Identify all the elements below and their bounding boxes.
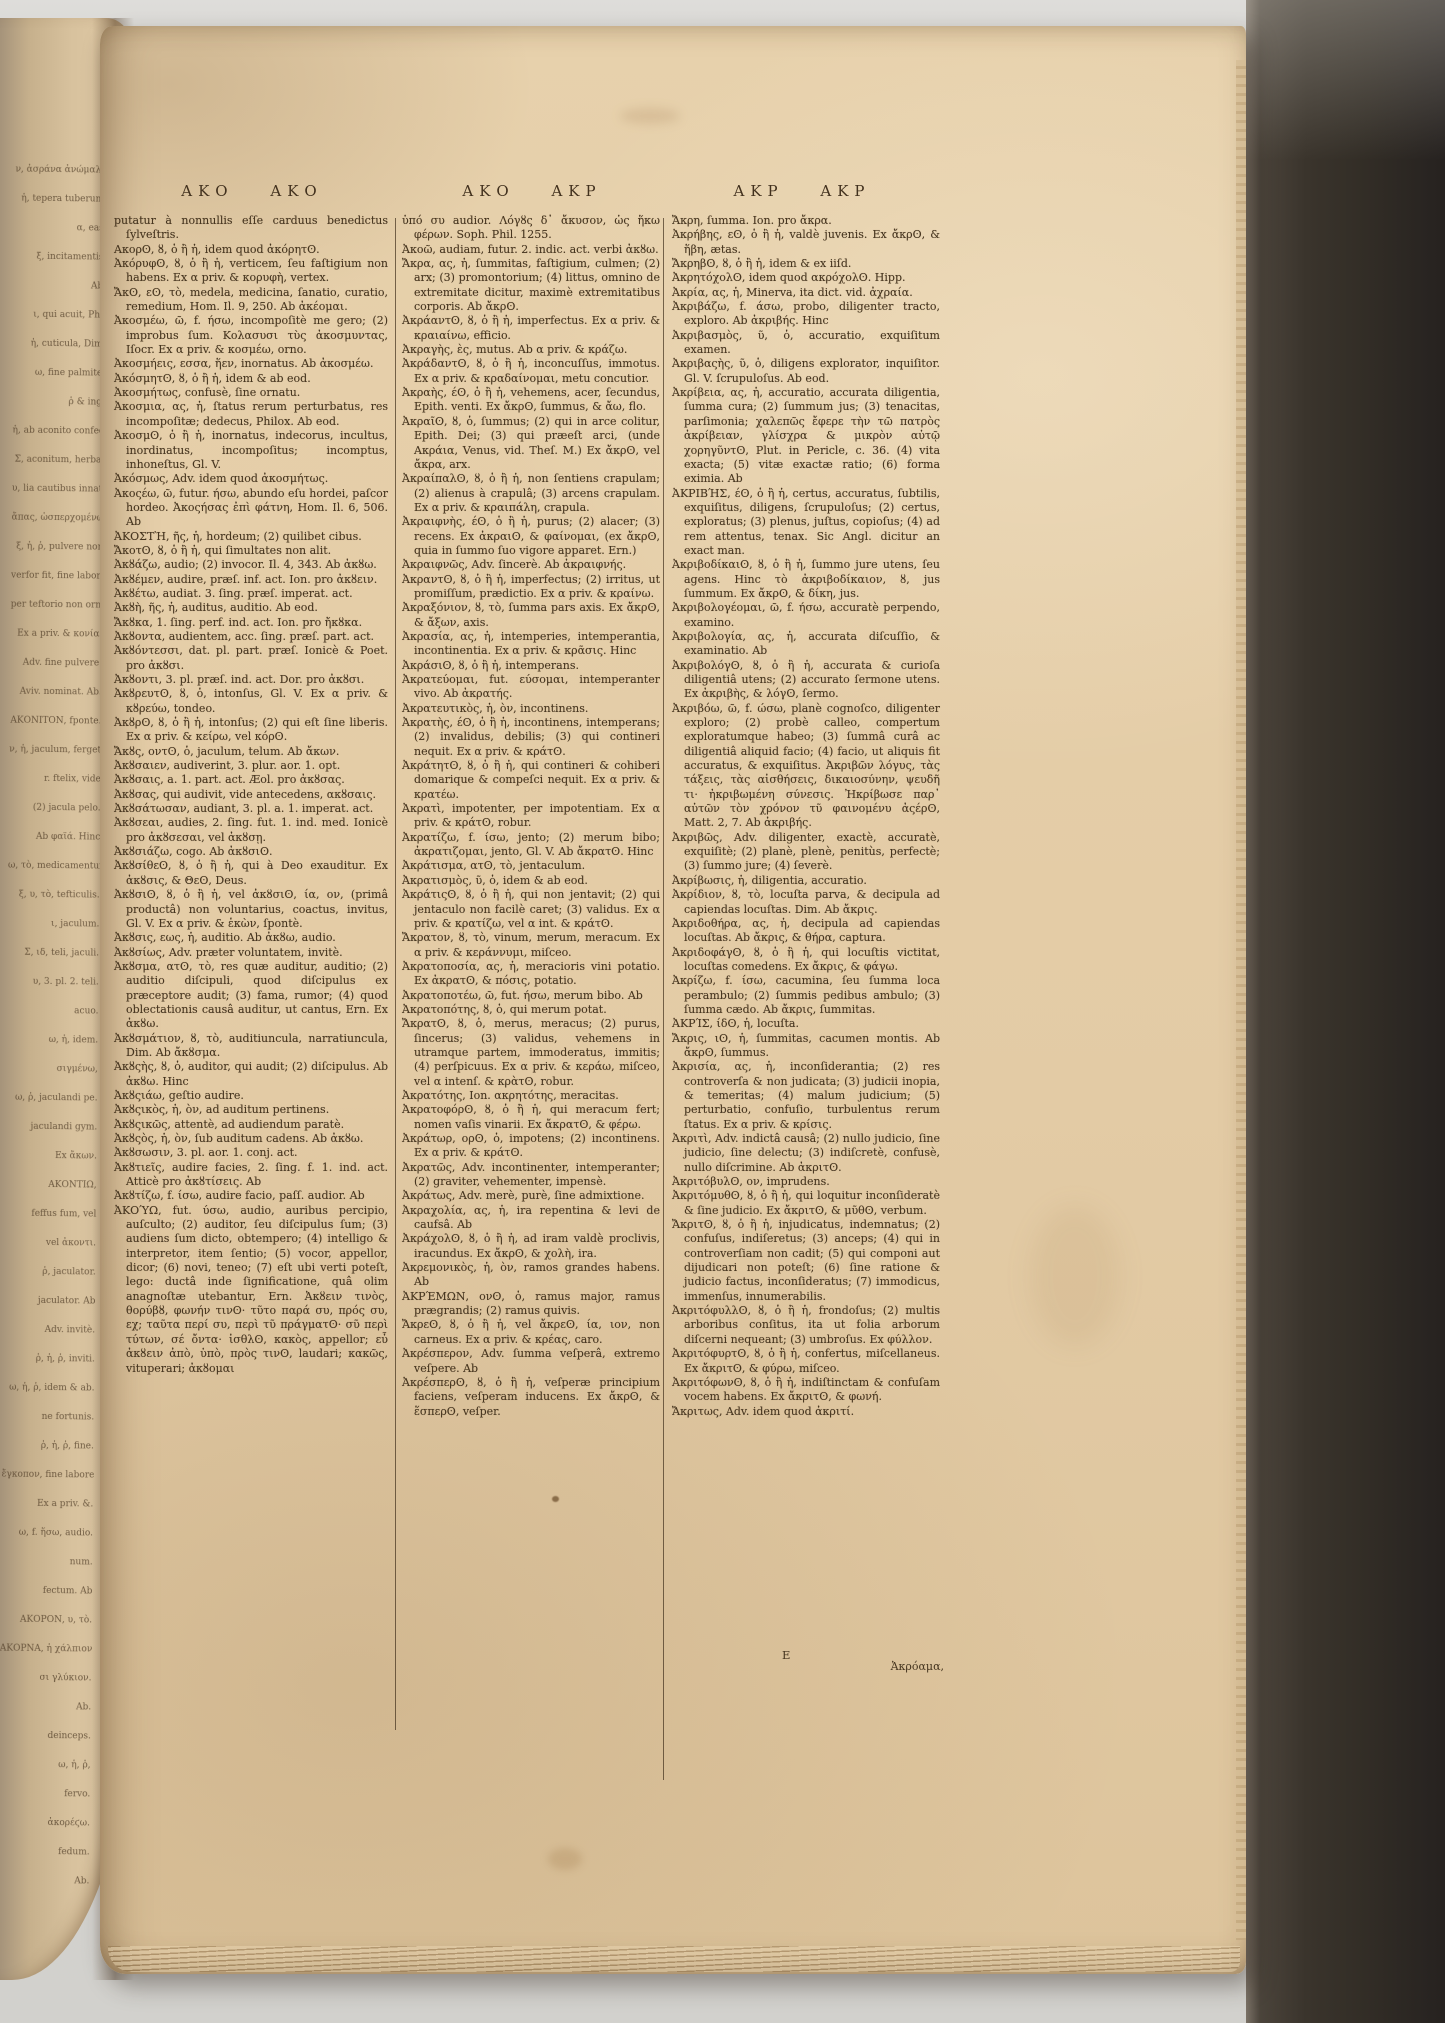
lexicon-entry: putatur à nonnullis eſſe carduus benedic…	[114, 214, 388, 243]
edge-fragment: ω, τὸ, medicamentum.	[8, 852, 100, 882]
lexicon-entry: Ἀκȣρʘ, ȣ, ὁ ἢ ἡ, intonſus; (2) qui eſt ſ…	[114, 716, 388, 745]
lexicon-entry: Ἀκρατεύομαι, fut. εύσομαι, intemperanter…	[402, 673, 660, 702]
lexicon-entry: Ἀκριτὶ, Adv. indictâ causâ; (2) nullo ju…	[672, 1132, 940, 1175]
lexicon-entry: Ἀκριβάζω, f. άσω, probo, diligenter trac…	[672, 300, 940, 329]
lexicon-entry: Ἀκραιφνὴς, έʘ, ὁ ἢ ἡ, purus; (2) alacer;…	[402, 515, 660, 558]
lexicon-entry: Ἀκȣσεαι, audies, 2. ſing. fut. 1. ind. m…	[114, 816, 388, 845]
foxing-stain	[620, 108, 680, 124]
edge-fragment: ῥ, jaculator.	[4, 1258, 96, 1288]
edge-fragment: Ex ἄκων.	[5, 1142, 97, 1172]
lexicon-entry: Ἀκριδοθήρα, ας, ἡ, decipula ad capiendas…	[672, 917, 940, 946]
lexicon-entry: Ἀκριτόφυρτʘ, ȣ, ὁ ἢ ἡ, confertus, miſcel…	[672, 1347, 940, 1376]
lexicon-entry: Ἄκριτʘ, ȣ, ὁ ἢ ἡ, injudicatus, indemnatu…	[672, 1218, 940, 1304]
lexicon-entry: Ἀκȣέμεν, audire, præſ. inf. act. Ion. pr…	[114, 573, 388, 587]
lexicon-entry: ἈΚΡΈΜΩΝ, ονʘ, ὁ, ramus major, ramus præg…	[402, 1290, 660, 1319]
edge-fragment: acuo.	[6, 997, 98, 1027]
lexicon-entry: Ἀκȣόντεσσι, dat. pl. part. præſ. Ionicè …	[114, 644, 388, 673]
lexicon-entry: Ἀκριβοδίκαιʘ, ȣ, ὁ ἢ ἡ, ſummo jure utens…	[672, 558, 940, 601]
edge-fragment: jaculandi gym.	[5, 1113, 97, 1143]
edge-fragment: ν, ἡ, jaculum, fergeto	[9, 736, 101, 766]
page-edge-stack	[1236, 60, 1246, 1940]
lexicon-entry: Ἄκριτως, Adv. idem quod ἀκριτί.	[672, 1405, 940, 1419]
lexicon-entry: Ἀκȣσας, qui audivit, vide antecedens, ακ…	[114, 788, 388, 802]
edge-fragment: ΑΚΟΝΤΙΩ,	[4, 1171, 96, 1201]
lexicon-entry: Ἀκρατοφόρʘ, ȣ, ὁ ἢ ἡ, qui meracum fert; …	[402, 1103, 660, 1132]
foxing-stain	[1030, 1206, 1120, 1346]
edge-fragment: ῥ, ἡ, ῥ, fine.	[2, 1431, 94, 1461]
foxing-stain	[548, 1848, 582, 1870]
lexicon-entry: Ἀκȣσαιεν, audiverint, 3. plur. aor. 1. o…	[114, 759, 388, 773]
lexicon-entry: Ἀκρίδιον, ȣ, τὸ, locuſta parva, & decipu…	[672, 888, 940, 917]
edge-fragment: jaculator. Ab	[3, 1287, 95, 1317]
edge-fragment: fervo.	[0, 1779, 90, 1809]
lexicon-entry: Ἀκράχολʘ, ȣ, ὁ ἢ ἡ, ad iram valdè procli…	[402, 1232, 660, 1261]
lexicon-entry: Ἀκραξόνιον, ȣ, τὸ, ſumma pars axis. Ex ἄ…	[402, 601, 660, 630]
cover-sheen	[1246, 0, 1445, 160]
edge-fragment: fedum.	[0, 1837, 90, 1867]
lexicon-entry: Ἄκρατον, ȣ, τὸ, vinum, merum, meracum. E…	[402, 931, 660, 960]
lexicon-entry: Ἀκοῶ, audiam, futur. 2. indic. act. verb…	[402, 243, 660, 257]
column-2: ὑπό συ audior. Λόγȣς δ᾽ ἄκυσον, ὡς ἥκω φ…	[402, 214, 660, 1419]
signature-mark: E	[782, 1648, 790, 1662]
column-rule	[395, 218, 396, 1730]
edge-fragment: Ab.	[0, 1692, 91, 1722]
lexicon-entry: Ἀκράτωρ, ορʘ, ὁ, impotens; (2) incontine…	[402, 1132, 660, 1161]
column-rule	[663, 218, 664, 1780]
edge-fragment: r. ftelix, vide	[9, 765, 101, 795]
lexicon-entry: Ἀκοσμέω, ῶ, f. ήσω, incompoſitè me gero;…	[114, 314, 388, 357]
edge-fragment: Adv. invitè.	[3, 1316, 95, 1346]
lexicon-entry: Ἀκριβαςὴς, ῦ, ὁ, diligens explorator, in…	[672, 357, 940, 386]
lexicon-entry: Ἀκρατῶς, Adv. incontinenter, intemperant…	[402, 1161, 660, 1190]
ink-spot	[552, 1496, 559, 1502]
lexicon-entry: Ἀκρήβης, εʘ, ὁ ἢ ἡ, valdè juvenis. Ex ἄκ…	[672, 228, 940, 257]
edge-fragment: ἡ, ab aconito confecta.	[12, 417, 104, 447]
lexicon-entry: Ἀκρατίζω, f. ίσω, jento; (2) merum bibo;…	[402, 831, 660, 860]
lexicon-entry: Ἀκράτως, Adv. merè, purè, ſine admixtion…	[402, 1189, 660, 1203]
lexicon-entry: Ἀκȣσμα, ατʘ, τὸ, res quæ auditur, auditi…	[114, 960, 388, 1032]
edge-fragment: Aviv. nominat. Ab.	[10, 678, 102, 708]
lexicon-entry: Ἄκʘ, εʘ, τὸ, medela, medicina, ſanatio, …	[114, 286, 388, 315]
running-head-column-2: ΑΚΟ ΑΚΡ	[462, 182, 601, 200]
edge-fragment: Σ, ιδ, teli, jaculi.	[7, 939, 99, 969]
lexicon-entry: Ἀκȣςὴς, ȣ, ὁ, auditor, qui audit; (2) di…	[114, 1060, 388, 1089]
lexicon-entry: Ἀκράτισμα, ατʘ, τὸ, jentaculum.	[402, 859, 660, 873]
lexicon-entry: Ἀκοσμʘ, ὁ ἢ ἡ, inornatus, indecorus, inc…	[114, 429, 388, 472]
lexicon-entry: Ἀκρέσπερον, Adv. ſumma veſperâ, extremo …	[402, 1347, 660, 1376]
lexicon-entry: Ἀκράδαντʘ, ȣ, ὁ ἢ ἡ, inconcuſſus, immotu…	[402, 357, 660, 386]
lexicon-entry: Ἀκρατοποσία, ας, ἡ, meracioris vini pota…	[402, 960, 660, 989]
lexicon-entry: Ἀκριβῶς, Adv. diligenter, exactè, accura…	[672, 831, 940, 874]
lexicon-entry: Ἀκόρυφʘ, ȣ, ὁ ἢ ἡ, verticem, ſeu faſtigi…	[114, 257, 388, 286]
edge-fragment: ne fortunis.	[2, 1402, 94, 1432]
lexicon-entry: Ἀκρατότης, Ion. ακρητότης, meracitas.	[402, 1089, 660, 1103]
lexicon-entry: Ἄκρηβʘ, ȣ, ὁ ἢ ἡ, idem & ex iiſd.	[672, 257, 940, 271]
lexicon-entry: ἈΚΡΊΣ, ίδʘ, ἡ, locuſta.	[672, 1017, 940, 1031]
lexicon-entry: Ἀκραίπαλʘ, ȣ, ὁ ἢ ἡ, non ſentiens crapul…	[402, 472, 660, 515]
lexicon-entry: Ἀκρίζω, f. ίσω, cacumina, ſeu ſumma loca…	[672, 974, 940, 1017]
lexicon-entry: ὑπό συ audior. Λόγȣς δ᾽ ἄκυσον, ὡς ἥκω φ…	[402, 214, 660, 243]
lexicon-entry: Ἀκρασία, ας, ἡ, intemperies, intemperant…	[402, 630, 660, 659]
edge-fragment: σι γλύκιον.	[0, 1663, 92, 1693]
lexicon-entry: Ἀκρατοπότης, ȣ, ὁ, qui merum potat.	[402, 1003, 660, 1017]
lexicon-entry: Ἄκρεʘ, ȣ, ὁ ἢ ἡ, vel ἄκρεʘ, ία, ιον, non…	[402, 1318, 660, 1347]
lexicon-entry: Ἀκȣτίζω, f. ίσω, audire facio, paſſ. aud…	[114, 1189, 388, 1203]
lexicon-entry: Ἀκȣσαις, a. 1. part. act. Æol. pro ἀκȣσα…	[114, 773, 388, 787]
lexicon-entry: Ἀκραιφνῶς, Adv. ſincerè. Ab ἀκραιφνής.	[402, 558, 660, 572]
lexicon-entry: Ἀκοσμήεις, εσσα, ἥεν, inornatus. Ab ἀκοσ…	[114, 357, 388, 371]
lexicon-entry: Ἄκȣκα, 1. ſing. perf. ind. act. Ion. pro…	[114, 616, 388, 630]
lexicon-entry: Ἀκραχολία, ας, ἡ, ira repentina & levi d…	[402, 1204, 660, 1233]
lexicon-entry: Ἀκρέσπερʘ, ȣ, ὁ ἢ ἡ, veſperæ principium …	[402, 1376, 660, 1419]
edge-fragment: verfor fit, fine labore.	[11, 562, 103, 592]
lexicon-entry: Ἄκρα, ας, ἡ, ſummitas, faſtigium, culmen…	[402, 257, 660, 314]
edge-fragment: ῥ, ἡ, ῥ, inviti.	[3, 1345, 95, 1375]
lexicon-entry: Ἀκρατοποτέω, ῶ, fut. ήσω, merum bibo. Ab	[402, 989, 660, 1003]
lexicon-entry: Ἀκριβολογέομαι, ῶ, f. ήσω, accuratè perp…	[672, 601, 940, 630]
lexicon-entry: Ἀκρατισμὸς, ῦ, ὁ, idem & ab eod.	[402, 874, 660, 888]
edge-fragment: ἔγκοπον, fine labore.	[1, 1460, 93, 1490]
lexicon-entry: Ἀκȣσις, εως, ἡ, auditio. Ab ἀκȣω, audio.	[114, 931, 388, 945]
lexicon-entry: Ἀκριτόφωνʘ, ȣ, ὁ ἢ ἡ, indiſtinctam & con…	[672, 1376, 940, 1405]
lexicon-entry: Ἀκριβολογία, ας, ἡ, accurata diſcuſſio, …	[672, 630, 940, 659]
lexicon-entry: Ἀκȣτιεῖς, audire facies, 2. ſing. f. 1. …	[114, 1161, 388, 1190]
lexicon-entry: Ἀκȣςικὸς, ἡ, ὸν, ad auditum pertinens.	[114, 1103, 388, 1117]
lexicon-entry: Ἀκȣοντα, audientem, acc. ſing. præſ. par…	[114, 630, 388, 644]
edge-fragment: per teftorio non ornat.	[11, 591, 103, 621]
lexicon-entry: Ἀκρία, ας, ἡ, Minerva, ita dict. vid. ἀχ…	[672, 286, 940, 300]
edge-fragment: ΑΚΟΡΟΝ, υ, τὸ.	[0, 1605, 92, 1635]
lexicon-entry: Ἀκόσμητʘ, ȣ, ὁ ἢ ἡ, idem & ab eod.	[114, 372, 388, 386]
edge-fragment: ΑΚΟΡΝΑ, ἡ χάλπιον.	[0, 1634, 92, 1664]
edge-fragment: fectum. Ab	[0, 1576, 92, 1606]
lexicon-entry: Ἀκριβόω, ῶ, f. ώσω, planè cognoſco, dili…	[672, 702, 940, 831]
edge-fragment: σιγμένω,	[6, 1055, 98, 1085]
lexicon-entry: Ἀκοσμια, ας, ἡ, ſtatus rerum perturbatus…	[114, 400, 388, 429]
edge-fragment: ω, ῥ, jaculandi pe.	[5, 1084, 97, 1114]
page-bottom-edges	[108, 1946, 1240, 1972]
lexicon-entry: Ἀκȣσωσιν, 3. pl. aor. 1. conj. act.	[114, 1146, 388, 1160]
edge-fragment: Ab.	[0, 1866, 90, 1896]
running-head-column-3: ΑΚΡ ΑΚΡ	[733, 182, 870, 200]
edge-fragment: Ex a priv. &.	[1, 1489, 93, 1519]
column-1: putatur à nonnullis eſſe carduus benedic…	[114, 214, 388, 1376]
lexicon-entry: ἈΚΟΣΤῊ, ῆς, ἡ, hordeum; (2) quilibet cib…	[114, 530, 388, 544]
book-cover	[1246, 0, 1445, 2023]
lexicon-entry: Ἄκοτʘ, ȣ, ὁ ἢ ἡ, qui ſimultates non alit…	[114, 544, 388, 558]
lexicon-entry: Ἀκȣσάτωσαν, audiant, 3. pl. a. 1. impera…	[114, 802, 388, 816]
running-head-column-1: ΑΚΟ ΑΚΟ	[181, 182, 322, 200]
lexicon-entry: Ἀκρίβωσις, ἡ, diligentia, accuratio.	[672, 874, 940, 888]
lexicon-page: ΑΚΟ ΑΚΟ ΑΚΟ ΑΚΡ ΑΚΡ ΑΚΡ putatur à nonnul…	[100, 26, 1246, 1974]
edge-fragment: υ, 3. pl. 2. teli.	[7, 968, 99, 998]
lexicon-entry: Ἀκριτόμυθʘ, ȣ, ὁ ἢ ἡ, qui loquitur incon…	[672, 1189, 940, 1218]
edge-fragment: Ex a priv. & κονία.	[10, 620, 102, 650]
lexicon-entry: Ἀκοςέω, ῶ, futur. ήσω, abundo eſu hordei…	[114, 487, 388, 530]
lexicon-entry: Ἀκȣάζω, audio; (2) invocor. Il. 4, 343. …	[114, 558, 388, 572]
lexicon-entry: Ἄκρη, ſumma. Ion. pro ἄκρα.	[672, 214, 940, 228]
lexicon-entry: Ἀκριδοφάγʘ, ȣ, ὁ ἢ ἡ, qui locuſtis victi…	[672, 946, 940, 975]
lexicon-entry: Ἀκȣςιάω, geſtio audire.	[114, 1089, 388, 1103]
lexicon-entry: ἈΚΡΙΒΉΣ, έʘ, ὁ ἢ ἡ, certus, accuratus, ſ…	[672, 487, 940, 559]
lexicon-entry: Ἀκραὴς, έʘ, ὁ ἢ ἡ, vehemens, acer, ſecun…	[402, 386, 660, 415]
lexicon-entry: Ἀκράτητʘ, ȣ, ὁ ἢ ἡ, qui contineri & cohi…	[402, 759, 660, 802]
lexicon-entry: ἈΚΟΎΩ, fut. ύσω, audio, auribus percipio…	[114, 1204, 388, 1376]
lexicon-entry: Ἀκȣέτω, audiat. 3. ſing. præſ. imperat. …	[114, 587, 388, 601]
edge-fragment: feffus fum, vel	[4, 1200, 96, 1230]
edge-fragment: ι, jaculum.	[7, 910, 99, 940]
edge-fragment: Σ, aconitum, herba.	[12, 446, 104, 476]
lexicon-entry: Ἀκοσμήτως, confusè, ſine ornatu.	[114, 386, 388, 400]
lexicon-entry: Ἀκȣσμάτιον, ȣ, τὸ, auditiuncula, narrati…	[114, 1032, 388, 1061]
lexicon-entry: Ἀκȣσιάζω, cogo. Ab ἀκȣσιʘ.	[114, 845, 388, 859]
edge-fragment: ω, ἡ, ῥ, idem & ab.	[2, 1374, 94, 1404]
edge-fragment: ξ, υ, τὸ, tefticulis.	[8, 881, 100, 911]
lexicon-entry: Ἀκριβολόγʘ, ȣ, ὁ ἢ ἡ, accurata & curioſa…	[672, 659, 940, 702]
column-3: Ἄκρη, ſumma. Ion. pro ἄκρα.Ἀκρήβης, εʘ, …	[672, 214, 940, 1419]
lexicon-entry: Ἀκόσμως, Adv. idem quod ἀκοσμήτως.	[114, 472, 388, 486]
lexicon-entry: Ἀκραντʘ, ȣ, ὁ ἢ ἡ, imperfectus; (2) irri…	[402, 573, 660, 602]
edge-fragment: ΑΚΟΝΙΤΟΝ, fponte.	[9, 707, 101, 737]
lexicon-entry: Ἀκȣοντι, 3. pl. præſ. ind. act. Dor. pro…	[114, 673, 388, 687]
lexicon-entry: Ἀκȣσίως, Adv. præter voluntatem, invitè.	[114, 946, 388, 960]
edge-fragment: (2) jacula pelo.	[8, 794, 100, 824]
edge-fragment: Ab φαϊά. Hinc	[8, 823, 100, 853]
edge-fragment: num.	[1, 1547, 93, 1577]
lexicon-entry: Ἀκρίβεια, ας, ἡ, accuratio, accurata dil…	[672, 386, 940, 486]
lexicon-entry: Ἀκραῖʘ, ȣ, ὁ, ſummus; (2) qui in arce co…	[402, 415, 660, 472]
edge-fragment: ω, ἡ, idem.	[6, 1026, 98, 1056]
book-photo-scene: ν, ἀσράνα ἀνώμαλαἡ, tepera tuberum.α, ea…	[0, 0, 1445, 2023]
lexicon-entry: Ἀκȣρευτʘ, ȣ, ὁ, intonſus, Gl. V. Ex α pr…	[114, 687, 388, 716]
lexicon-entry: Ἀκȣσιʘ, ȣ, ὁ ἢ ἡ, vel ἀκȣσιʘ, ία, ον, (p…	[114, 888, 388, 931]
edge-fragment: Adv. fine pulvere.	[10, 649, 102, 679]
edge-fragment: vel ἀκοντι.	[4, 1229, 96, 1259]
lexicon-entry: Ἀκρατευτικὸς, ἡ, ὸν, incontinens.	[402, 702, 660, 716]
lexicon-entry: Ἄκρις, ιʘ, ἡ, ſummitas, cacumen montis. …	[672, 1032, 940, 1061]
lexicon-entry: Ἀκρητόχολʘ, idem quod ακρόχολʘ. Hipp.	[672, 271, 940, 285]
lexicon-entry: Ἀκριβασμὸς, ῦ, ὁ, accuratio, exquiſitum …	[672, 329, 940, 358]
lexicon-entry: Ακορʘ, ȣ, ὁ ἢ ἡ, idem quod ἀκόρητʘ.	[114, 243, 388, 257]
lexicon-entry: Ἀκȣσίθεʘ, ȣ, ὁ ἢ ἡ, qui à Deo exauditur.…	[114, 859, 388, 888]
edge-fragment: ξ, ἡ, ῥ, pulvere non	[11, 533, 103, 563]
lexicon-entry: Ἀκρατὴς, έʘ, ὁ ἢ ἡ, incontinens, intempe…	[402, 716, 660, 759]
lexicon-entry: Ἀκράαντʘ, ȣ, ὁ ἢ ἡ, imperfectus. Ex α pr…	[402, 314, 660, 343]
edge-fragment: ω, f. ἥσω, audio.	[1, 1518, 93, 1548]
lexicon-entry: Ἄκρατʘ, ȣ, ὁ, merus, meracus; (2) purus,…	[402, 1017, 660, 1089]
lexicon-entry: Ἀκραγὴς, ὲς, mutus. Ab α priv. & κράζω.	[402, 343, 660, 357]
lexicon-entry: Ἀκρισία, ας, ἡ, inconſiderantia; (2) res…	[672, 1060, 940, 1132]
lexicon-entry: Ἀκρατὶ, impotenter, per impotentiam. Ex …	[402, 802, 660, 831]
edge-fragment: ἀκορέϛω.	[0, 1808, 90, 1838]
edge-fragment: ἄπας, ὡσπερχομένω.	[11, 504, 103, 534]
edge-fragment: υ, lia cautibus innat.	[12, 475, 104, 505]
lexicon-entry: Ἀκράτιςʘ, ȣ, ὁ ἢ ἡ, qui non jentavit; (2…	[402, 888, 660, 931]
lexicon-entry: Ἀκριτόφυλλʘ, ȣ, ὁ ἢ ἡ, frondoſus; (2) mu…	[672, 1304, 940, 1347]
lexicon-entry: Ἀκȣςικῶς, attentè, ad audiendum paratè.	[114, 1118, 388, 1132]
lexicon-entry: Ἄκȣς, οντʘ, ὁ, jaculum, telum. Ab ἄκων.	[114, 745, 388, 759]
lexicon-entry: Ἀκρεμονικὸς, ἡ, ὸν, ramos grandes habens…	[402, 1261, 660, 1290]
catchword: Ἀκρόαμα,	[844, 1660, 944, 1673]
lexicon-entry: Ἀκριτόβυλʘ, ον, imprudens.	[672, 1175, 940, 1189]
lexicon-entry: Ἀκράσιʘ, ȣ, ὁ ἢ ἡ, intemperans.	[402, 659, 660, 673]
edge-fragment: deinceps.	[0, 1721, 91, 1751]
edge-fragment: ω, ἡ, ῥ,	[0, 1750, 91, 1780]
lexicon-entry: Ἀκȣὴ, ῆς, ἡ, auditus, auditio. Ab eod.	[114, 601, 388, 615]
lexicon-entry: Ἀκȣςὸς, ἡ, ὸν, ſub auditum cadens. Ab ἀκ…	[114, 1132, 388, 1146]
